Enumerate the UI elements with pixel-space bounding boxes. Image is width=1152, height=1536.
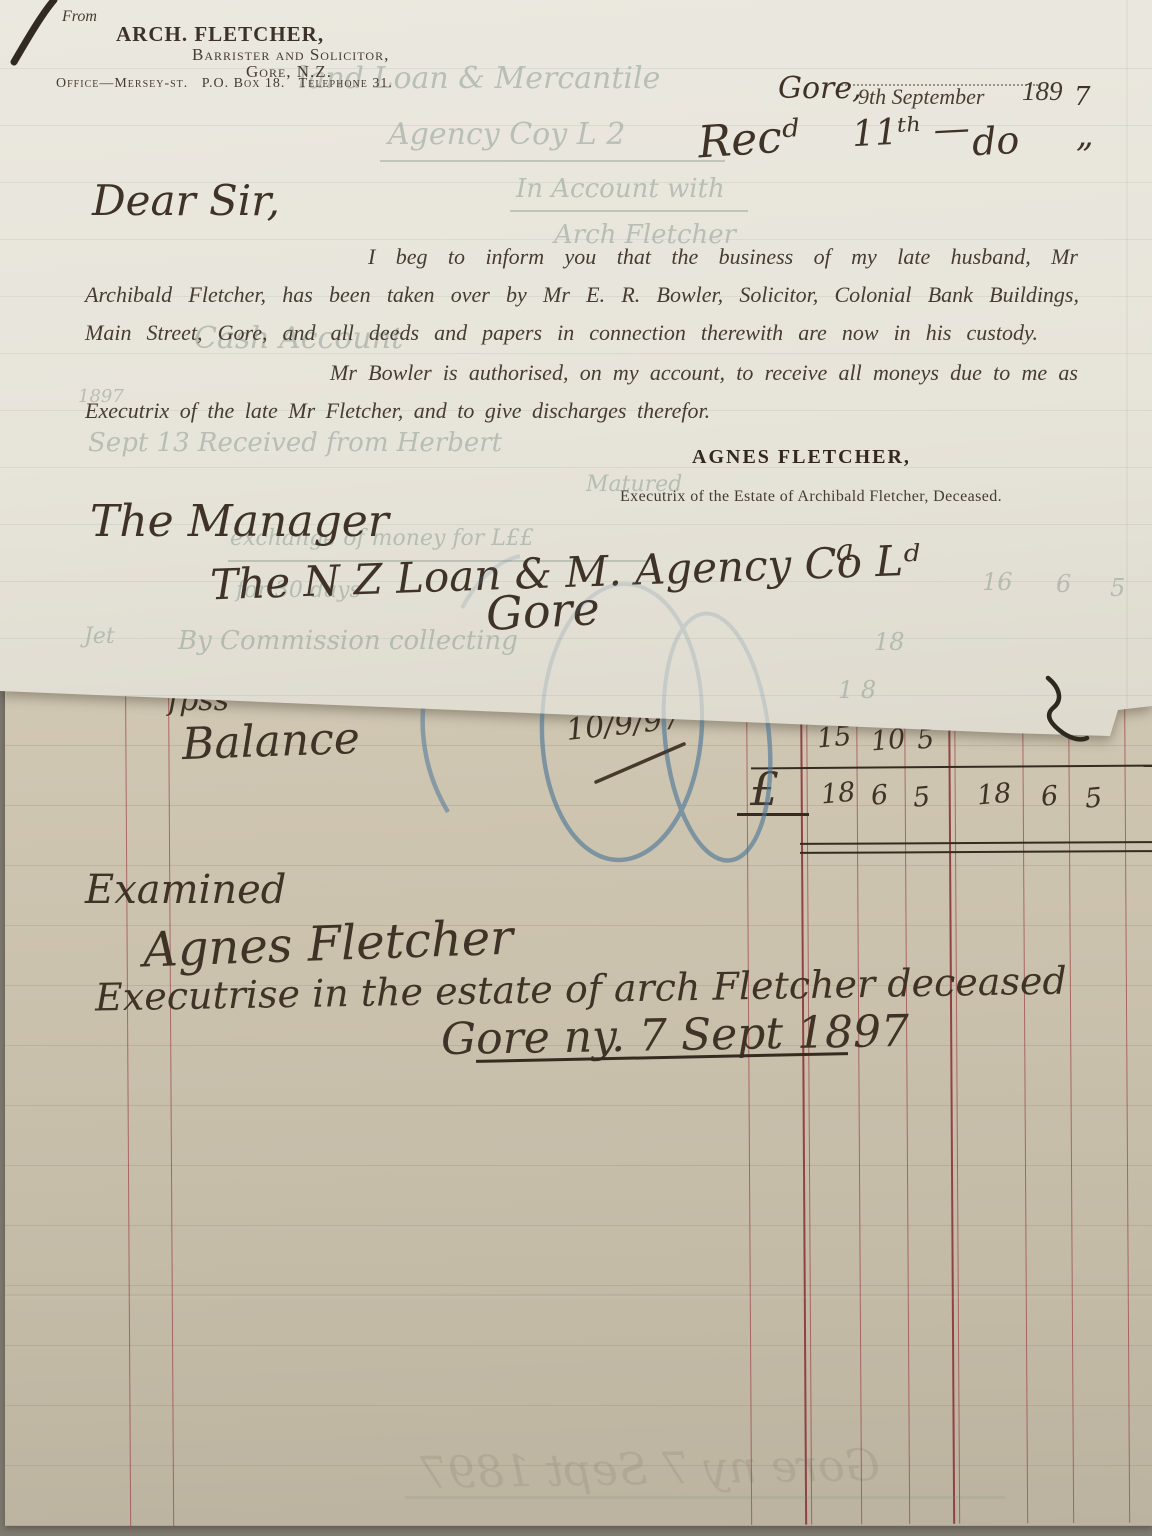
margin-note: a — [836, 536, 854, 566]
body-line: Executrix of the late Mr Fletcher, and t… — [85, 400, 845, 422]
dateline-year-handwritten: 7 — [1074, 84, 1091, 110]
ditto-mark: „ — [1076, 118, 1094, 152]
bleedthrough-text: Jet — [84, 626, 115, 648]
body-line: Mr Bowler is authorised, on my account, … — [330, 362, 1078, 384]
received-ditto: do — [971, 121, 1020, 161]
letterhead-name: ARCH. FLETCHER, — [116, 22, 324, 47]
letter-layer: land Loan & Mercantile Agency Coy L 2 In… — [0, 0, 1152, 1536]
bleedthrough-line — [510, 210, 748, 212]
bleedthrough-number: 6 — [1056, 572, 1071, 596]
from-label: From — [62, 8, 97, 26]
bleedthrough-text: Sept 13 Received from Herbert — [88, 430, 502, 456]
scanned-document-photo: ſpss Balance 10/9/97 £ 15 10 5 18 6 5 18… — [0, 0, 1152, 1536]
dateline-year-printed: 189 — [1022, 76, 1063, 107]
letterhead-office-line: Office—Mersey-st. P.O. Box 18. Telephone… — [56, 76, 393, 92]
fold-crease — [1126, 0, 1128, 740]
bleedthrough-text: In Account with — [516, 176, 725, 202]
bleedthrough-text: By Commission collecting — [178, 628, 518, 654]
body-line: Main Street, Gore, and all deeds and pap… — [85, 322, 1038, 344]
salutation: Dear Sir, — [92, 180, 280, 222]
signature-role: Executrix of the Estate of Archibald Fle… — [620, 488, 1002, 506]
signature-name: AGNES FLETCHER, — [692, 446, 911, 469]
received-word: Recᵈ — [697, 115, 801, 166]
bleedthrough-text: Agency Coy L 2 — [388, 120, 625, 150]
addressee-line: The Manager — [90, 500, 389, 544]
bleedthrough-number: 5 — [1110, 576, 1125, 600]
body-line: Archibald Fletcher, has been taken over … — [85, 284, 1079, 306]
bleedthrough-line — [380, 160, 725, 162]
bleedthrough-number: 16 — [982, 570, 1013, 594]
dateline-place: Gore, — [778, 74, 862, 104]
bleedthrough-number: 18 — [874, 630, 905, 654]
received-day: 11ᵗʰ — — [851, 111, 970, 153]
letter-paper: land Loan & Mercantile Agency Coy L 2 In… — [0, 0, 1152, 760]
dateline-date: 9th September — [858, 84, 984, 110]
body-line: I beg to inform you that the business of… — [368, 246, 1078, 268]
addressee-line: Gore — [485, 585, 601, 637]
bleedthrough-number: 1 8 — [838, 678, 876, 702]
